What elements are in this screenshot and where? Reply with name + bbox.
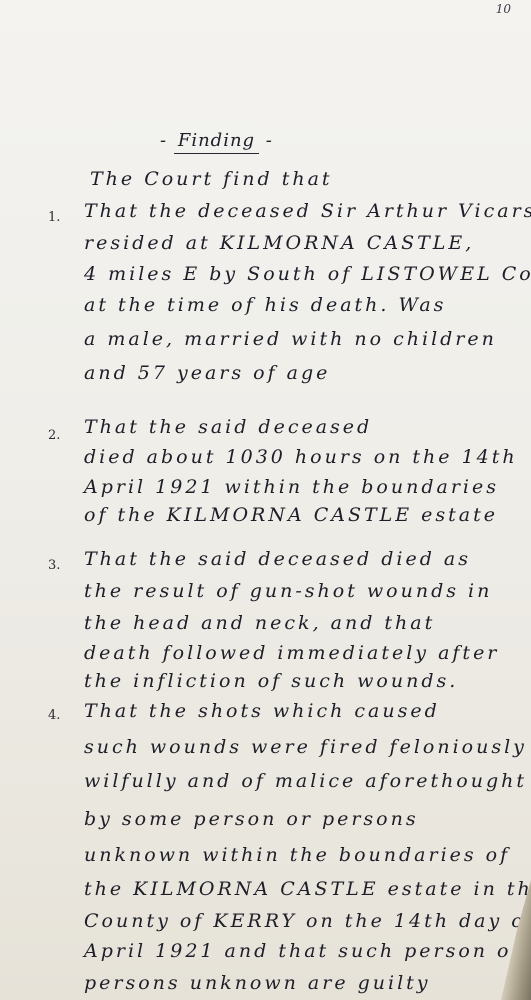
document-page: 10 - Finding - The Court find that 1. Th…: [0, 0, 531, 1000]
item-number-1: 1.: [48, 210, 60, 225]
heading-dash-left: -: [160, 130, 167, 151]
item-1-line-1: That the deceased Sir Arthur Vicars: [84, 200, 531, 222]
heading-dash-right: -: [266, 130, 273, 151]
item-4-line-7: County of KERRY on the 14th day of: [84, 910, 531, 932]
item-2-line-4: of the KILMORNA CASTLE estate: [84, 504, 498, 526]
item-3-line-3: the head and neck, and that: [84, 612, 435, 634]
item-4-line-3: wilfully and of malice aforethought: [84, 770, 527, 792]
item-2-line-1: That the said deceased: [84, 416, 372, 438]
section-heading: - Finding -: [160, 130, 273, 151]
item-3-line-4: death followed immediately after: [84, 642, 499, 664]
item-1-line-6: and 57 years of age: [84, 362, 330, 384]
item-4-line-4: by some person or persons: [84, 808, 419, 830]
intro-line: The Court find that: [90, 168, 333, 190]
item-2-line-2: died about 1030 hours on the 14th: [84, 446, 518, 468]
item-1-line-3: 4 miles E by South of LISTOWEL Co KERRY,: [84, 263, 531, 285]
item-2-line-3: April 1921 within the boundaries: [84, 476, 499, 498]
item-number-4: 4.: [48, 708, 60, 723]
item-4-line-2: such wounds were fired feloniously: [84, 736, 527, 758]
item-3-line-5: the infliction of such wounds.: [84, 670, 458, 692]
item-4-line-1: That the shots which caused: [84, 700, 440, 722]
item-4-line-9: persons unknown are guilty: [84, 972, 431, 994]
page-number: 10: [496, 2, 511, 16]
item-1-line-2: resided at KILMORNA CASTLE,: [84, 232, 474, 254]
item-3-line-1: That the said deceased died as: [84, 548, 471, 570]
item-1-line-5: a male, married with no children: [84, 328, 497, 350]
item-1-line-4: at the time of his death. Was: [84, 294, 446, 316]
item-4-line-8: April 1921 and that such person or: [84, 940, 524, 962]
heading-title: Finding: [174, 130, 259, 154]
item-4-line-6: the KILMORNA CASTLE estate in the: [84, 878, 531, 900]
item-number-3: 3.: [48, 558, 60, 573]
item-number-2: 2.: [48, 428, 60, 443]
item-3-line-2: the result of gun-shot wounds in: [84, 580, 492, 602]
item-4-line-5: unknown within the boundaries of: [84, 844, 510, 866]
